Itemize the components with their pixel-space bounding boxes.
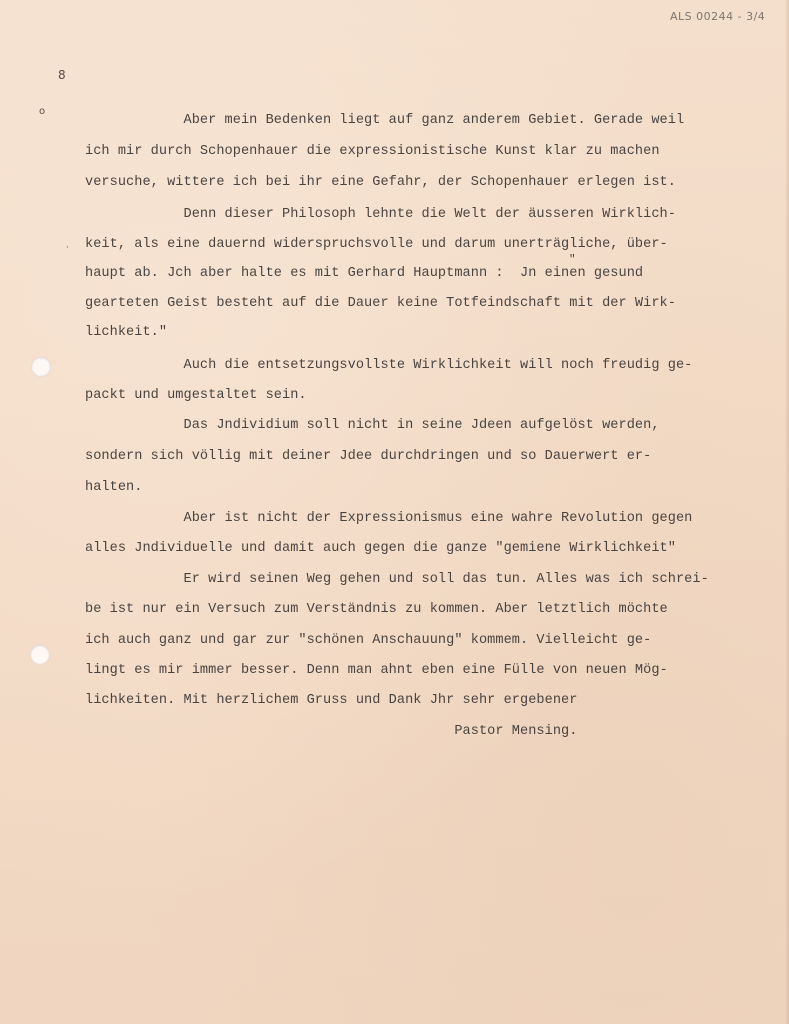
letter-line: Aber mein Bedenken liegt auf ganz andere… xyxy=(85,113,684,128)
archive-id-stamp: ALS 00244 - 3/4 xyxy=(670,10,765,23)
letter-line: Auch die entsetzungsvollste Wirklichkeit… xyxy=(85,358,692,373)
letter-line: versuche, wittere ich bei ihr eine Gefah… xyxy=(85,175,676,190)
letter-line: Pastor Mensing. xyxy=(85,724,577,739)
letter-line: ich auch ganz und gar zur "schönen Ansch… xyxy=(85,633,651,648)
letter-line: alles Jndividuelle und damit auch gegen … xyxy=(85,541,676,556)
letter-line: ich mir durch Schopenhauer die expressio… xyxy=(85,144,660,159)
letter-page: ALS 00244 - 3/4 8 o , " Aber mein Bedenk… xyxy=(0,0,789,1024)
margin-mark: 8 xyxy=(58,68,66,82)
letter-line: Denn dieser Philosoph lehnte die Welt de… xyxy=(85,207,676,222)
letter-line: halten. xyxy=(85,480,142,495)
letter-line: sondern sich völlig mit deiner Jdee durc… xyxy=(85,449,651,464)
letter-line: Aber ist nicht der Expressionismus eine … xyxy=(85,511,692,526)
letter-line: be ist nur ein Versuch zum Verständnis z… xyxy=(85,602,668,617)
punch-hole xyxy=(31,357,51,377)
letter-line: haupt ab. Jch aber halte es mit Gerhard … xyxy=(85,266,643,281)
letter-line: Das Jndividium soll nicht in seine Jdeen… xyxy=(85,418,660,433)
letter-line: packt und umgestaltet sein. xyxy=(85,388,307,403)
inserted-quote-mark: " xyxy=(569,254,576,266)
margin-mark: , xyxy=(66,240,69,250)
page-edge-shadow xyxy=(785,0,789,1024)
letter-line: keit, als eine dauernd widerspruchsvolle… xyxy=(85,237,668,252)
letter-line: lichkeit." xyxy=(85,325,167,340)
letter-line: lichkeiten. Mit herzlichem Gruss und Dan… xyxy=(85,693,577,708)
punch-hole xyxy=(30,645,50,665)
margin-mark: o xyxy=(39,106,45,117)
letter-line: gearteten Geist besteht auf die Dauer ke… xyxy=(85,296,676,311)
letter-line: Er wird seinen Weg gehen und soll das tu… xyxy=(85,572,709,587)
letter-line: lingt es mir immer besser. Denn man ahnt… xyxy=(85,663,668,678)
